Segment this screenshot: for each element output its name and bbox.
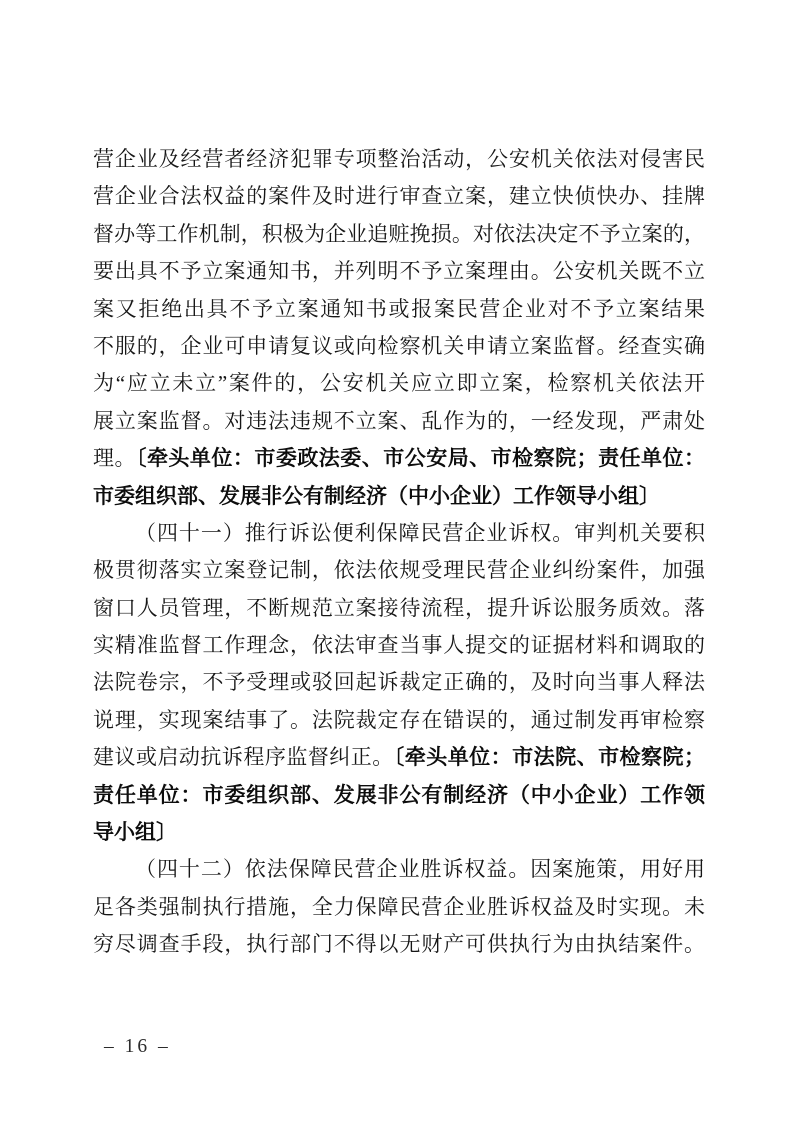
- responsible-units-bold-segment: 〔牵头单位：市法院、市检察院；: [394, 746, 705, 769]
- paragraph: （四十二）依法保障民营企业胜诉权益。因案施策，用好用足各类强制执行措施，全力保障…: [93, 851, 705, 963]
- paragraph: （四十一）推行诉讼便利保障民营企业诉权。审判机关要积极贯彻落实立案登记制，依法依…: [93, 515, 705, 852]
- text-segment: 督办等工作机制，积极为企业追赃挽损。对依法决定不予立案的，: [93, 222, 705, 246]
- text-segment: 为“应立未立”案件的，公安机关应立即立案，检察机关依法开: [93, 371, 705, 395]
- text-line: 市委组织部、发展非公有制经济（中小企业）工作领导小组〕: [93, 478, 705, 515]
- text-line: 穷尽调查手段，执行部门不得以无财产可供执行为由执结案件。: [93, 926, 705, 963]
- text-line: 营企业合法权益的案件及时进行审查立案，建立快侦快办、挂牌: [93, 178, 705, 215]
- text-line: 实精准监督工作理念，依法审查当事人提交的证据材料和调取的: [93, 627, 705, 664]
- responsible-units-bold-segment: 责任单位：市委组织部、发展非公有制经济（中小企业）工作领: [93, 784, 705, 807]
- text-line: 理。〔牵头单位：市委政法委、市公安局、市检察院；责任单位：: [93, 440, 705, 477]
- responsible-units-bold-segment: 导小组〕: [93, 821, 177, 844]
- text-line: 责任单位：市委组织部、发展非公有制经济（中小企业）工作领: [93, 777, 705, 814]
- text-line: （四十二）依法保障民营企业胜诉权益。因案施策，用好用: [93, 851, 705, 888]
- text-segment: 展立案监督。对违法违规不立案、乱作为的，一经发现，严肃处: [93, 409, 705, 433]
- text-segment: 理。: [93, 446, 136, 470]
- document-body: 营企业及经营者经济犯罪专项整治活动，公安机关依法对侵害民营企业合法权益的案件及时…: [93, 141, 705, 964]
- text-line: 极贯彻落实立案登记制，依法依规受理民营企业纠纷案件，加强: [93, 552, 705, 589]
- text-line: 督办等工作机制，积极为企业追赃挽损。对依法决定不予立案的，: [93, 216, 705, 253]
- text-segment: 案又拒绝出具不予立案通知书或报案民营企业对不予立案结果: [93, 297, 705, 321]
- text-segment: 要出具不予立案通知书，并列明不予立案理由。公安机关既不立: [93, 259, 705, 283]
- text-segment: 营企业及经营者经济犯罪专项整治活动，公安机关依法对侵害民: [93, 147, 705, 171]
- paragraph: 营企业及经营者经济犯罪专项整治活动，公安机关依法对侵害民营企业合法权益的案件及时…: [93, 141, 705, 515]
- text-segment: 法院卷宗，不予受理或驳回起诉裁定正确的，及时向当事人释法: [93, 670, 705, 694]
- page-number: – 16 –: [104, 1036, 171, 1058]
- text-segment: （四十二）依法保障民营企业胜诉权益。因案施策，用好用: [135, 857, 705, 881]
- text-segment: 穷尽调查手段，执行部门不得以无财产可供执行为由执结案件。: [93, 932, 705, 956]
- text-segment: 说理，实现案结事了。法院裁定存在错误的，通过制发再审检察: [93, 708, 705, 732]
- text-line: 不服的，企业可申请复议或向检察机关申请立案监督。经查实确: [93, 328, 705, 365]
- text-line: 案又拒绝出具不予立案通知书或报案民营企业对不予立案结果: [93, 291, 705, 328]
- text-segment: 极贯彻落实立案登记制，依法依规受理民营企业纠纷案件，加强: [93, 558, 705, 582]
- text-segment: 营企业合法权益的案件及时进行审查立案，建立快侦快办、挂牌: [93, 184, 705, 208]
- text-line: 营企业及经营者经济犯罪专项整治活动，公安机关依法对侵害民: [93, 141, 705, 178]
- responsible-units-bold-segment: 市委组织部、发展非公有制经济（中小企业）工作领导小组〕: [93, 485, 660, 508]
- text-line: 为“应立未立”案件的，公安机关应立即立案，检察机关依法开: [93, 365, 705, 402]
- text-line: （四十一）推行诉讼便利保障民营企业诉权。审判机关要积: [93, 515, 705, 552]
- text-line: 足各类强制执行措施，全力保障民营企业胜诉权益及时实现。未: [93, 889, 705, 926]
- text-line: 展立案监督。对违法违规不立案、乱作为的，一经发现，严肃处: [93, 403, 705, 440]
- text-line: 建议或启动抗诉程序监督纠正。〔牵头单位：市法院、市检察院；: [93, 739, 705, 776]
- responsible-units-bold-segment: 〔牵头单位：市委政法委、市公安局、市检察院；责任单位：: [136, 447, 705, 470]
- text-line: 窗口人员管理，不断规范立案接待流程，提升诉讼服务质效。落: [93, 590, 705, 627]
- text-line: 导小组〕: [93, 814, 705, 851]
- text-segment: （四十一）推行诉讼便利保障民营企业诉权。审判机关要积: [135, 521, 705, 545]
- text-segment: 窗口人员管理，不断规范立案接待流程，提升诉讼服务质效。落: [93, 596, 705, 620]
- text-segment: 不服的，企业可申请复议或向检察机关申请立案监督。经查实确: [93, 334, 705, 358]
- text-segment: 实精准监督工作理念，依法审查当事人提交的证据材料和调取的: [93, 633, 705, 657]
- document-page: 营企业及经营者经济犯罪专项整治活动，公安机关依法对侵害民营企业合法权益的案件及时…: [0, 0, 793, 1122]
- text-line: 法院卷宗，不予受理或驳回起诉裁定正确的，及时向当事人释法: [93, 664, 705, 701]
- text-segment: 建议或启动抗诉程序监督纠正。: [93, 745, 394, 769]
- text-line: 说理，实现案结事了。法院裁定存在错误的，通过制发再审检察: [93, 702, 705, 739]
- text-line: 要出具不予立案通知书，并列明不予立案理由。公安机关既不立: [93, 253, 705, 290]
- text-segment: 足各类强制执行措施，全力保障民营企业胜诉权益及时实现。未: [93, 895, 705, 919]
